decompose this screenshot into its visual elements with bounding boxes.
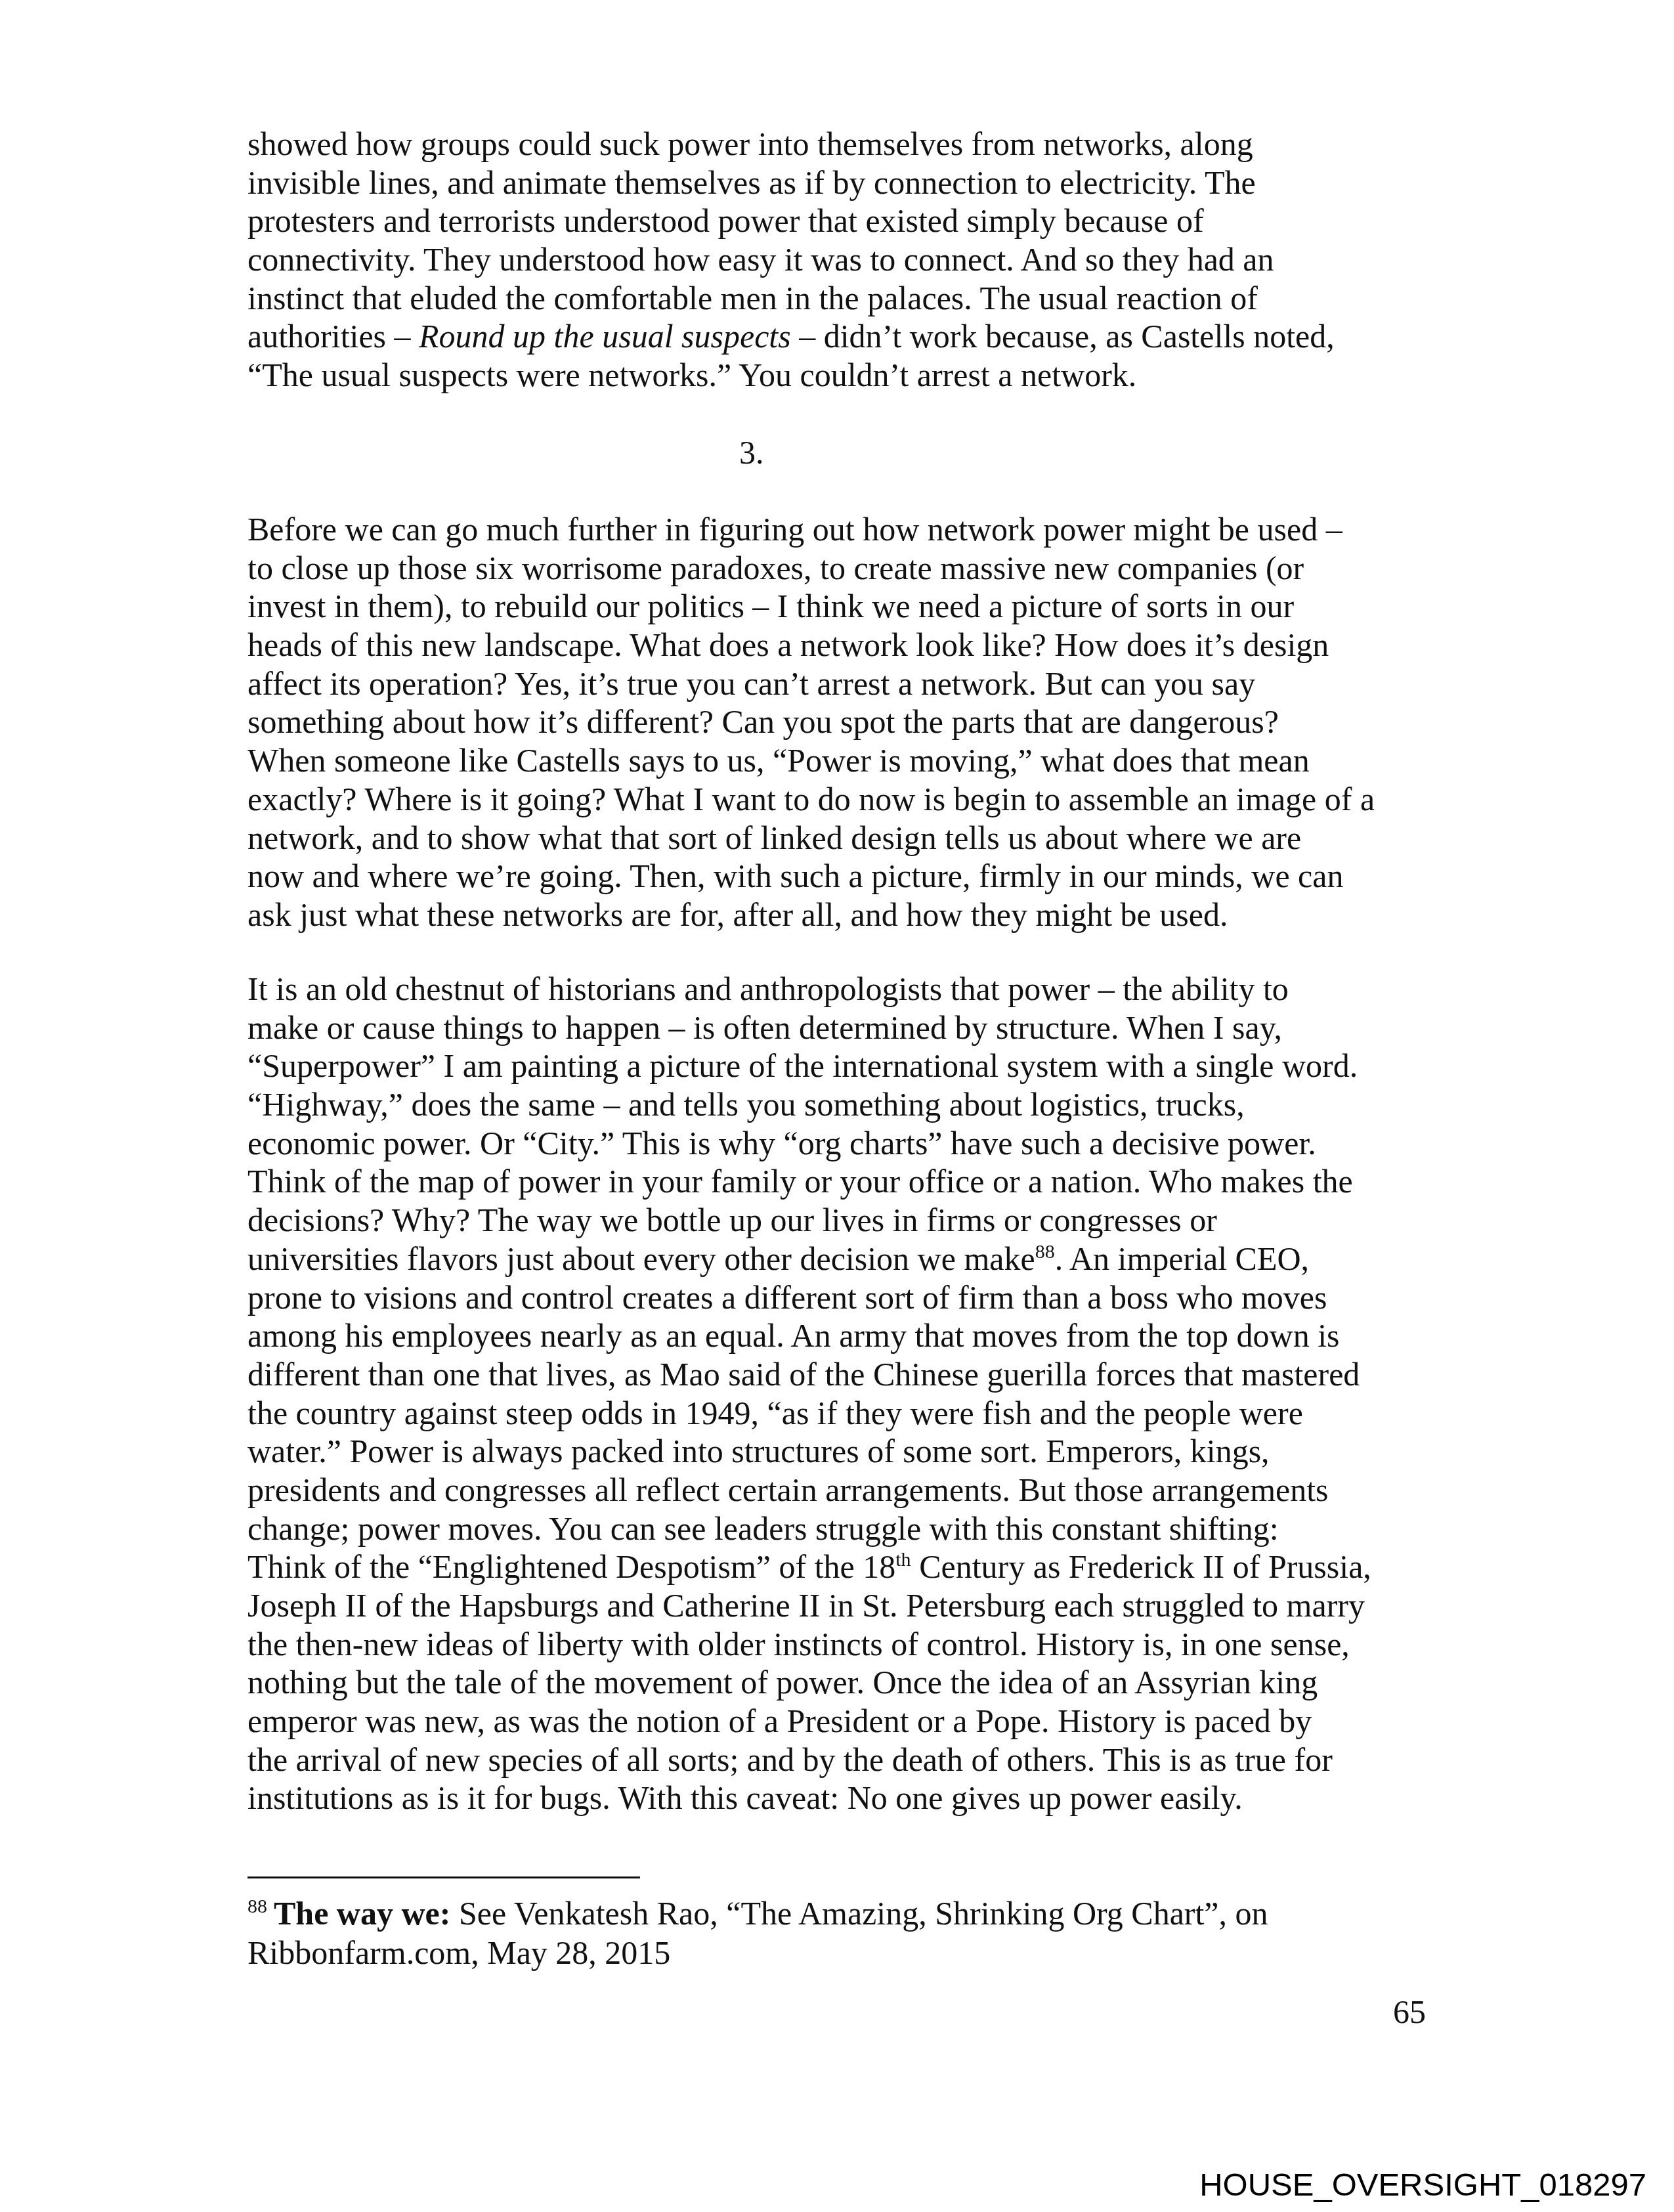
footnote-number: 88 (247, 1896, 267, 1917)
text-line: invest in them), to rebuild our politics… (247, 587, 1442, 626)
text-line: to close up those six worrisome paradoxe… (247, 549, 1442, 588)
text-line: decisions? Why? The way we bottle up our… (247, 1201, 1442, 1240)
text-line: instinct that eluded the comfortable men… (247, 279, 1442, 318)
text-line: ask just what these networks are for, af… (247, 896, 1442, 934)
text-line: emperor was new, as was the notion of a … (247, 1702, 1442, 1741)
footnote-reference[interactable]: 88 (1035, 1241, 1055, 1263)
text-line: prone to visions and control creates a d… (247, 1278, 1442, 1317)
text-run: authorities – (247, 318, 419, 355)
text-line: different than one that lives, as Mao sa… (247, 1355, 1442, 1394)
footnote-88: 88The way we: See Venkatesh Rao, “The Am… (247, 1894, 1268, 1972)
text-line: the arrival of new species of all sorts;… (247, 1741, 1442, 1779)
text-line: presidents and congresses all reflect ce… (247, 1471, 1442, 1509)
text-line: water.” Power is always packed into stru… (247, 1432, 1442, 1471)
text-line: affect its operation? Yes, it’s true you… (247, 664, 1442, 703)
document-page: showed how groups could suck power into … (0, 0, 1674, 2212)
text-line: connectivity. They understood how easy i… (247, 240, 1442, 279)
text-line: When someone like Castells says to us, “… (247, 741, 1442, 780)
text-line: change; power moves. You can see leaders… (247, 1509, 1442, 1548)
text-line: exactly? Where is it going? What I want … (247, 780, 1442, 819)
text-run: – didn’t work because, as Castells noted… (791, 318, 1335, 355)
text-line: Think of the “Englightened Despotism” of… (247, 1548, 1442, 1586)
text-line: Before we can go much further in figurin… (247, 510, 1442, 549)
italic-phrase: Round up the usual suspects (419, 318, 791, 355)
text-line: “Highway,” does the same – and tells you… (247, 1085, 1442, 1124)
section-number: 3. (739, 433, 764, 472)
text-run: Century as Frederick II of Prussia, (911, 1548, 1371, 1585)
text-run: universities flavors just about every ot… (247, 1240, 1035, 1277)
text-line: “The usual suspects were networks.” You … (247, 356, 1442, 395)
text-line: among his employees nearly as an equal. … (247, 1316, 1442, 1355)
paragraph-3: It is an old chestnut of historians and … (247, 970, 1442, 1817)
paragraph-1: showed how groups could suck power into … (247, 125, 1442, 395)
text-line: nothing but the tale of the movement of … (247, 1663, 1442, 1702)
text-line: Think of the map of power in your family… (247, 1162, 1442, 1201)
footnote-lead: The way we: (274, 1895, 450, 1932)
footnote-line: 88The way we: See Venkatesh Rao, “The Am… (247, 1894, 1268, 1933)
text-run: Think of the “Englightened Despotism” of… (247, 1548, 895, 1585)
text-line: something about how it’s different? Can … (247, 703, 1442, 741)
text-run: . An imperial CEO, (1055, 1240, 1309, 1277)
text-line: heads of this new landscape. What does a… (247, 626, 1442, 664)
text-line: network, and to show what that sort of l… (247, 819, 1442, 857)
text-line: universities flavors just about every ot… (247, 1240, 1442, 1278)
bates-stamp: HOUSE_OVERSIGHT_018297 (1199, 2167, 1646, 2203)
footnote-text: See Venkatesh Rao, “The Amazing, Shrinki… (450, 1895, 1268, 1932)
text-line: “Superpower” I am painting a picture of … (247, 1047, 1442, 1085)
text-line: authorities – Round up the usual suspect… (247, 317, 1442, 356)
footnote-line: Ribbonfarm.com, May 28, 2015 (247, 1933, 1268, 1972)
footnote-separator (247, 1876, 640, 1878)
page-number: 65 (1393, 1993, 1426, 2031)
text-line: invisible lines, and animate themselves … (247, 163, 1442, 202)
text-line: economic power. Or “City.” This is why “… (247, 1124, 1442, 1163)
ordinal-superscript: th (895, 1549, 911, 1571)
paragraph-2: Before we can go much further in figurin… (247, 510, 1442, 934)
text-line: make or cause things to happen – is ofte… (247, 1008, 1442, 1047)
text-line: the country against steep odds in 1949, … (247, 1394, 1442, 1433)
text-line: protesters and terrorists understood pow… (247, 202, 1442, 240)
text-line: Joseph II of the Hapsburgs and Catherine… (247, 1586, 1442, 1625)
text-line: It is an old chestnut of historians and … (247, 970, 1442, 1008)
text-line: the then-new ideas of liberty with older… (247, 1625, 1442, 1664)
text-line: now and where we’re going. Then, with su… (247, 857, 1442, 896)
text-line: institutions as is it for bugs. With thi… (247, 1779, 1442, 1817)
text-line: showed how groups could suck power into … (247, 125, 1442, 163)
